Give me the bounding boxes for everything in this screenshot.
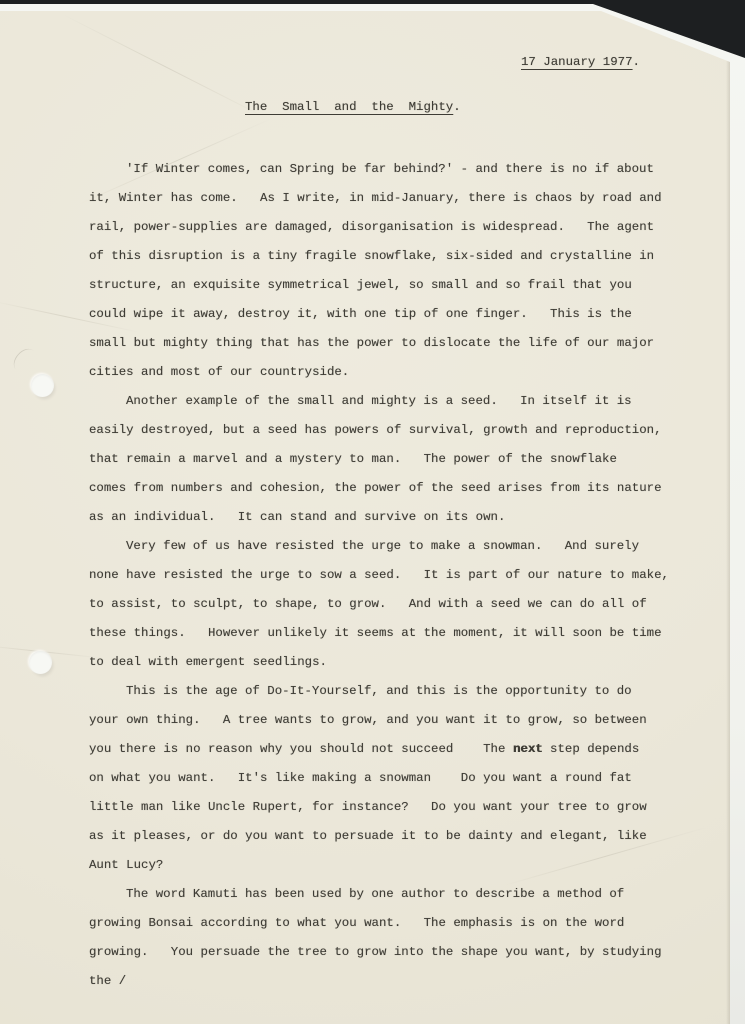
typed-line: that remain a marvel and a mystery to ma…	[89, 445, 699, 474]
title-period: .	[453, 100, 460, 114]
typed-line: growing. You persuade the tree to grow i…	[89, 938, 699, 967]
date-text: 17 January 1977	[521, 55, 633, 69]
typed-line: rail, power-supplies are damaged, disorg…	[89, 213, 699, 242]
typed-line: easily destroyed, but a seed has powers …	[89, 416, 699, 445]
typed-line: Aunt Lucy?	[89, 851, 699, 880]
document-body: 'If Winter comes, can Spring be far behi…	[89, 155, 699, 996]
typed-line: the /	[89, 967, 699, 996]
typed-line: as it pleases, or do you want to persuad…	[89, 822, 699, 851]
document-title: The Small and the Mighty.	[245, 100, 461, 114]
document-content: 17 January 1977. The Small and the Might…	[0, 0, 745, 1024]
typed-line: 'If Winter comes, can Spring be far behi…	[89, 155, 699, 184]
typed-line: little man like Uncle Rupert, for instan…	[89, 793, 699, 822]
typed-line: Another example of the small and mighty …	[89, 387, 699, 416]
typed-line: to assist, to sculpt, to shape, to grow.…	[89, 590, 699, 619]
document-date: 17 January 1977.	[521, 55, 640, 69]
overstruck-word: next	[513, 742, 543, 756]
typed-line: This is the age of Do-It-Yourself, and t…	[89, 677, 699, 706]
typed-line: growing Bonsai according to what you wan…	[89, 909, 699, 938]
typed-line: Very few of us have resisted the urge to…	[89, 532, 699, 561]
title-text: The Small and the Mighty	[245, 100, 453, 114]
typed-line: comes from numbers and cohesion, the pow…	[89, 474, 699, 503]
typed-line: on what you want. It's like making a sno…	[89, 764, 699, 793]
scanned-page: 17 January 1977. The Small and the Might…	[0, 0, 745, 1024]
typed-line: of this disruption is a tiny fragile sno…	[89, 242, 699, 271]
typed-line: none have resisted the urge to sow a see…	[89, 561, 699, 590]
typed-line-segment: you there is no reason why you should no…	[89, 742, 513, 756]
typed-line: small but mighty thing that has the powe…	[89, 329, 699, 358]
typed-line-segment: step depends	[543, 742, 640, 756]
date-period: .	[633, 55, 640, 69]
typed-line: The word Kamuti has been used by one aut…	[89, 880, 699, 909]
typed-line: you there is no reason why you should no…	[89, 735, 699, 764]
typed-line: to deal with emergent seedlings.	[89, 648, 699, 677]
typed-line: structure, an exquisite symmetrical jewe…	[89, 271, 699, 300]
typed-line: as an individual. It can stand and survi…	[89, 503, 699, 532]
typed-line: your own thing. A tree wants to grow, an…	[89, 706, 699, 735]
typed-line: it, Winter has come. As I write, in mid-…	[89, 184, 699, 213]
typed-line: these things. However unlikely it seems …	[89, 619, 699, 648]
typed-line: cities and most of our countryside.	[89, 358, 699, 387]
typed-line: could wipe it away, destroy it, with one…	[89, 300, 699, 329]
